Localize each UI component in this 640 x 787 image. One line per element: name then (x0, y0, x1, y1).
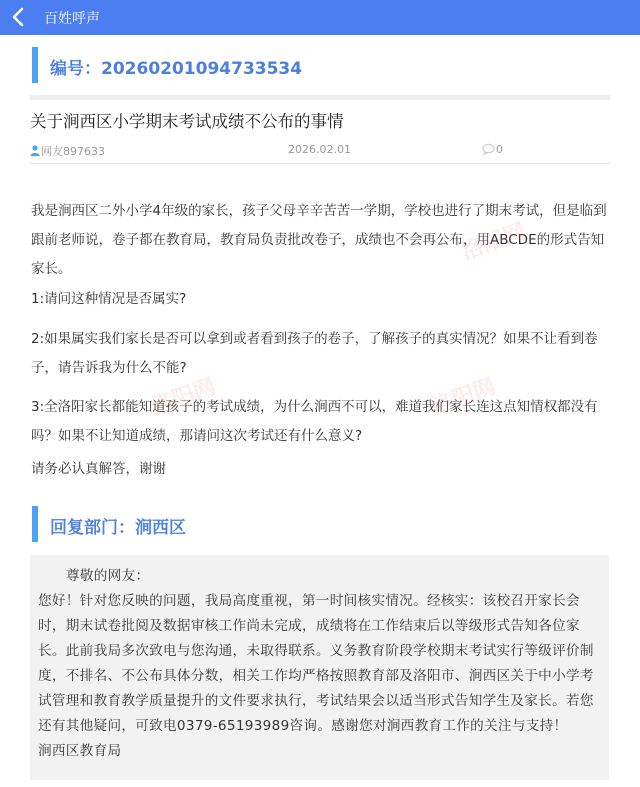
reply-box: 尊敬的网友： 您好！针对您反映的问题，我局高度重视，第一时间核实情况。经核实：该… (30, 555, 609, 780)
chevron-left-icon (8, 6, 30, 28)
meta-divider (30, 163, 610, 164)
post-title: 关于涧西区小学期末考试成绩不公布的事情 (30, 108, 344, 132)
section-separator (30, 95, 610, 100)
comment-count-value: 0 (496, 143, 503, 156)
author-name: 网友897633 (41, 145, 105, 158)
comment-icon (482, 143, 495, 155)
post-paragraph: 我是涧西区二外小学4年级的家长，孩子父母辛辛苦苦一学期，学校也进行了期末考试，但… (31, 197, 611, 284)
accent-bar (32, 47, 38, 83)
reply-department: 回复部门：涧西区 (50, 513, 186, 538)
post-author: 网友897633 (30, 143, 105, 159)
reply-content: 尊敬的网友： 您好！针对您反映的问题，我局高度重视，第一时间核实情况。经核实：该… (38, 564, 604, 764)
reply-body: 您好！针对您反映的问题，我局高度重视，第一时间核实情况。经核实：该校召开家长会时… (38, 589, 604, 739)
post-paragraph: 2:如果属实我们家长是否可以拿到或者看到孩子的卷子，了解孩子的真实情况？如果不让… (31, 325, 611, 383)
back-button[interactable] (8, 6, 30, 28)
post-number: 编号：20260201094733534 (50, 54, 302, 79)
accent-bar (32, 506, 38, 542)
post-paragraph: 1:请问这种情况是否属实? (31, 285, 611, 314)
post-paragraph: 请务必认真解答，谢谢 (31, 455, 611, 484)
post-date: 2026.02.01 (288, 143, 351, 156)
page-title: 百姓呼声 (44, 8, 100, 28)
user-icon (30, 145, 40, 156)
top-nav-bar: 百姓呼声 (0, 0, 640, 35)
comment-count[interactable]: 0 (482, 143, 503, 156)
reply-signature: 涧西区教育局 (38, 739, 604, 764)
post-paragraph: 3:全洛阳家长都能知道孩子的考试成绩，为什么涧西不可以，难道我们家长连这点知情权… (31, 393, 611, 451)
reply-greeting: 尊敬的网友： (38, 564, 604, 589)
